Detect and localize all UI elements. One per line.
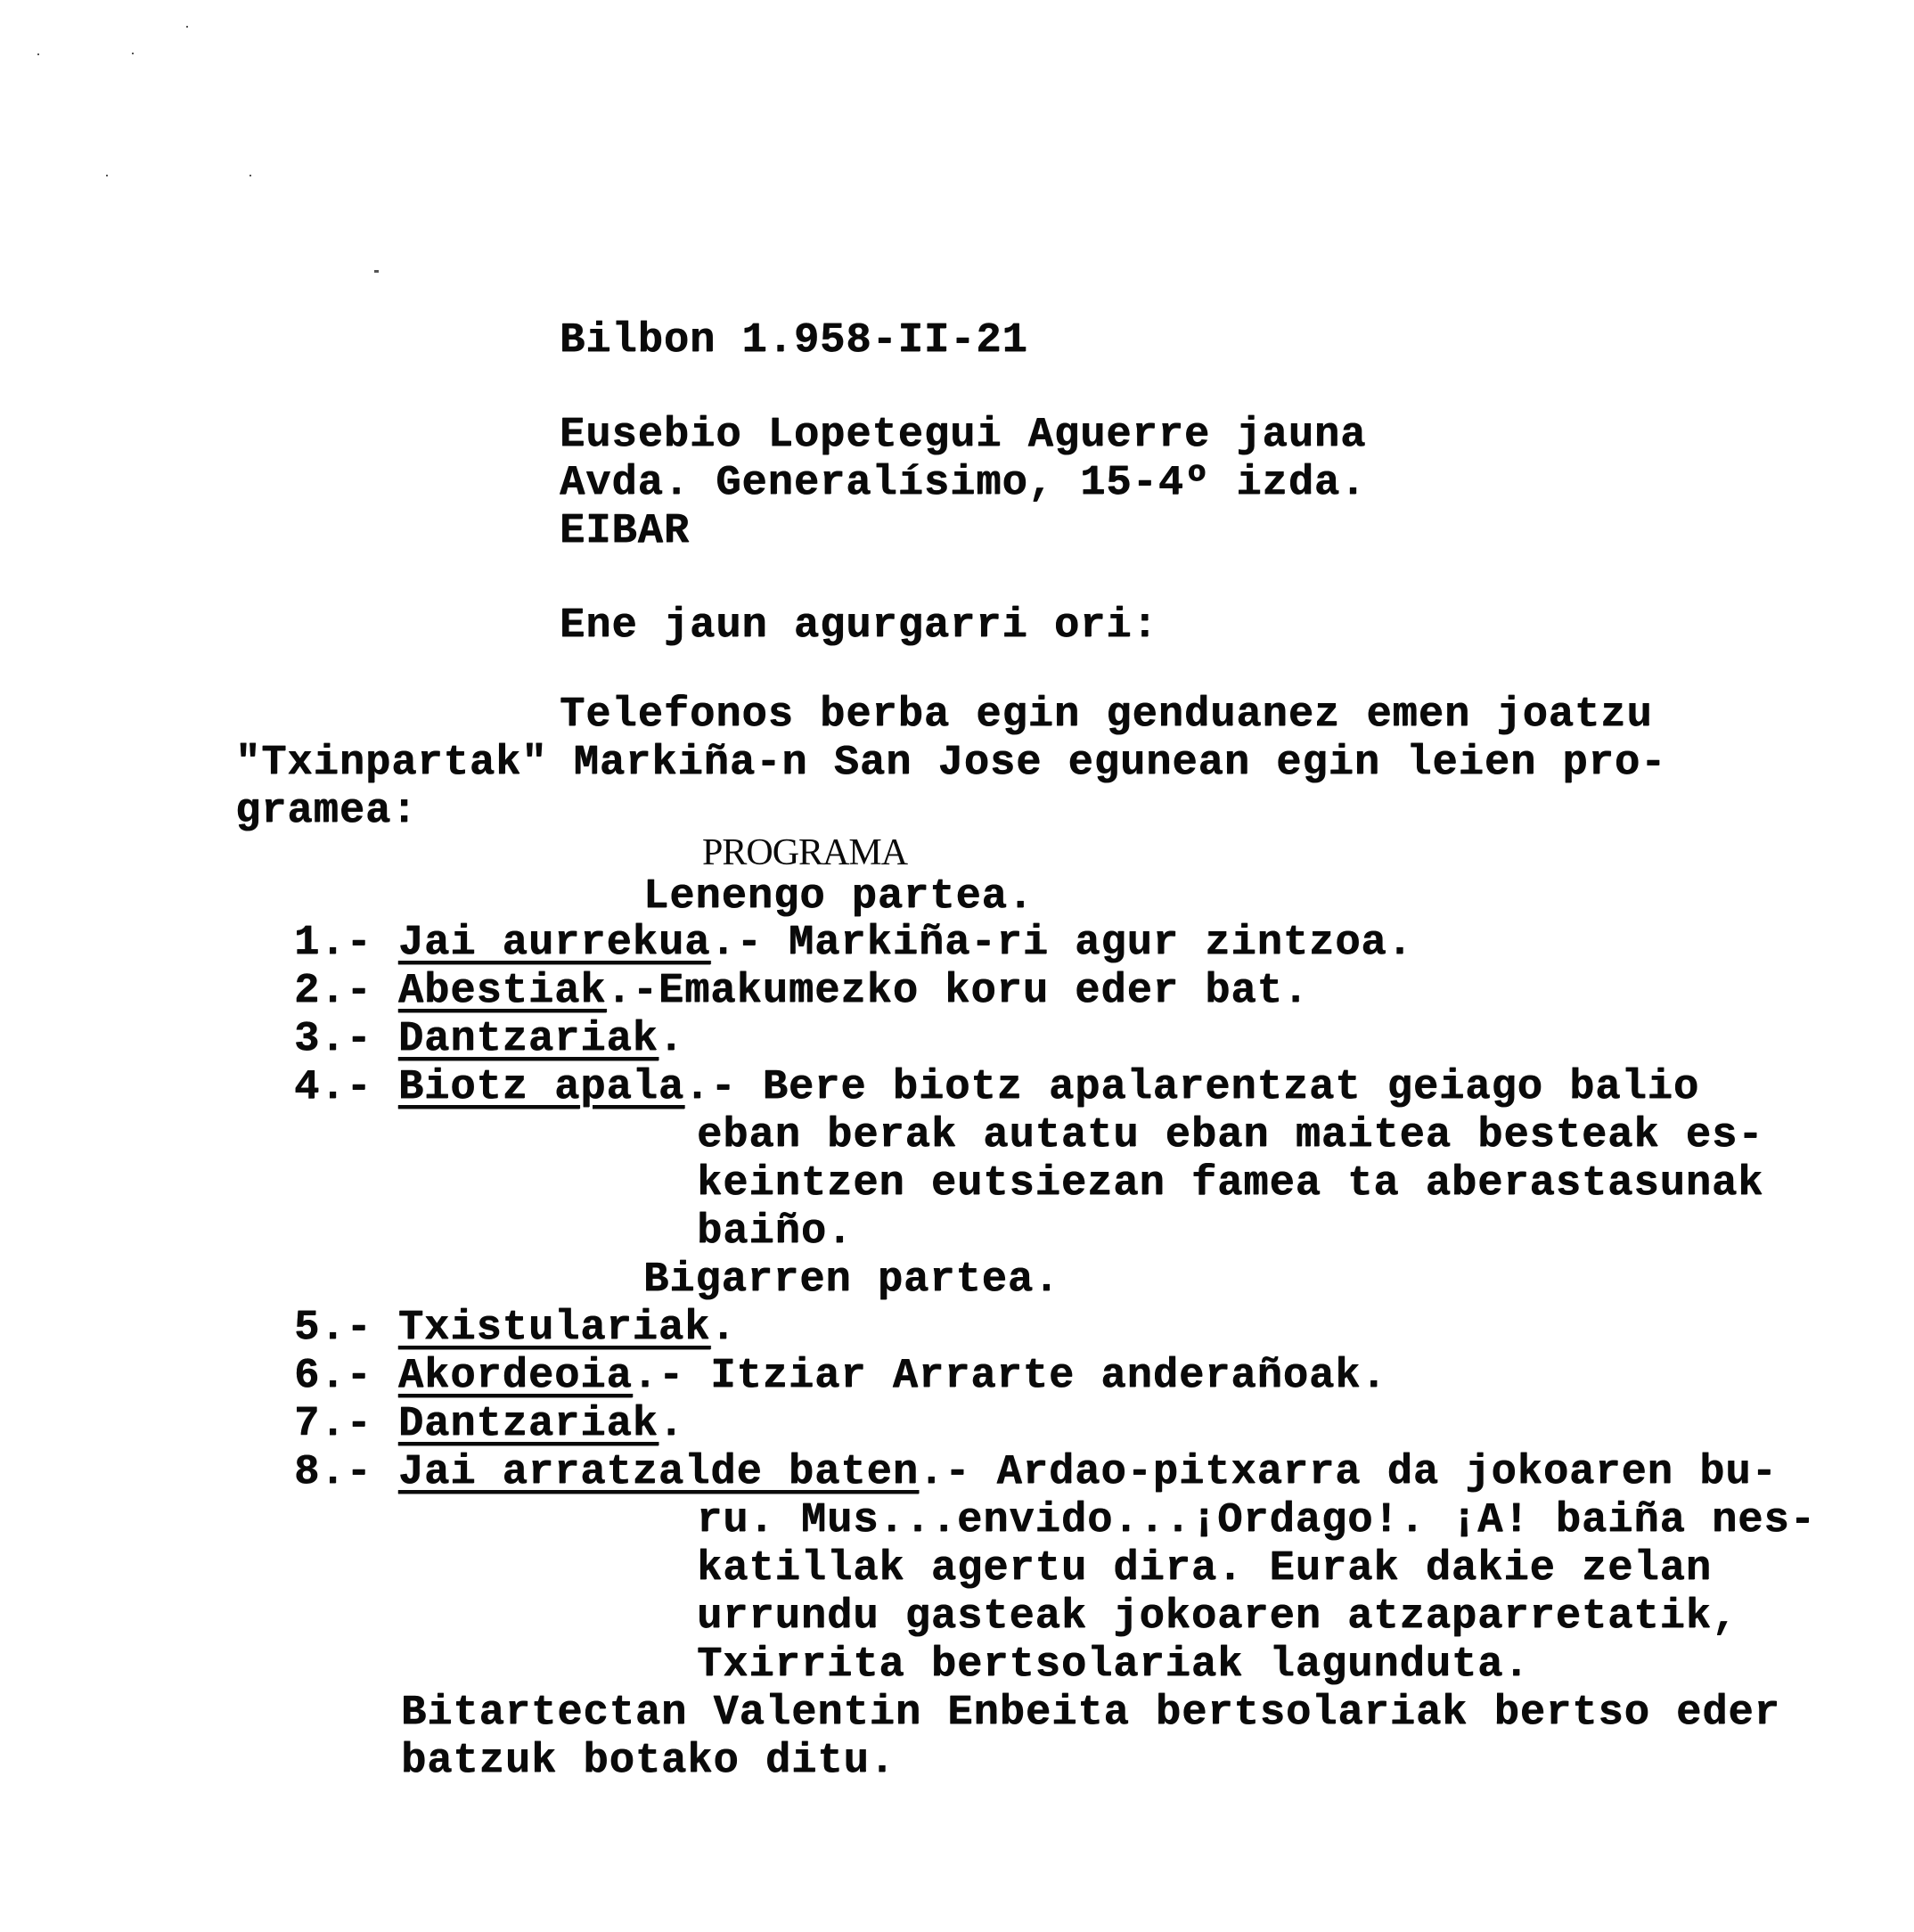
program-item-7: 7.- Dantzariak.	[294, 1401, 684, 1449]
item-title: Jai arratzalde baten	[398, 1449, 919, 1496]
item-number: 1.-	[294, 920, 372, 967]
program-item-5: 5.- Txistulariak.	[294, 1305, 737, 1353]
scan-speck	[374, 270, 379, 273]
program-item-4: 4.- Biotz apala.- Bere biotz apalarentza…	[294, 1064, 1699, 1112]
item-description: .- Markiña-ri agur zintzoa.	[710, 920, 1413, 967]
addressee-name: Eusebio Lopetegui Aguerre jauna	[560, 412, 1366, 460]
scan-speck	[106, 175, 108, 176]
item-title: Jai aurrekua	[398, 920, 710, 967]
item-description: .	[658, 1401, 684, 1448]
item-number: 6.-	[294, 1353, 372, 1400]
item-number: 5.-	[294, 1305, 372, 1352]
item-description: .- Ardao-pitxarra da jokoaren bu-	[919, 1449, 1778, 1496]
intro-line-1: Telefonos berba egin genduanez emen joat…	[560, 692, 1653, 740]
item-description: .-Emakumezko koru eder bat.	[606, 968, 1309, 1015]
item-description: .- Bere biotz apalarentzat geiago balio	[684, 1064, 1699, 1111]
item-4-description-cont: eban berak autatu eban maitea besteak es…	[697, 1112, 1763, 1160]
program-item-1: 1.- Jai aurrekua.- Markiña-ri agur zintz…	[294, 920, 1413, 968]
addressee-street: Avda. Generalísimo, 15-4º izda.	[560, 460, 1366, 508]
item-4-description-cont: baiño.	[697, 1208, 853, 1257]
item-4-description-cont: keintzen eutsiezan famea ta aberastasuna…	[697, 1160, 1763, 1208]
item-number: 4.-	[294, 1064, 372, 1111]
scan-speck	[186, 26, 188, 28]
closing-line-1: Bitartectan Valentin Enbeita bertsolaria…	[401, 1690, 1780, 1738]
item-description: .	[658, 1016, 684, 1063]
item-number: 8.-	[294, 1449, 372, 1496]
part-2-heading: Bigarren partea.	[643, 1257, 1059, 1305]
addressee-city: EIBAR	[560, 508, 690, 556]
item-title: Txistulariak	[398, 1305, 710, 1352]
intro-line-3: gramea:	[235, 788, 417, 836]
item-title: Abestiak	[398, 968, 607, 1015]
scan-speck	[132, 53, 134, 54]
program-item-2: 2.- Abestiak.-Emakumezko koru eder bat.	[294, 968, 1309, 1016]
item-number: 3.-	[294, 1016, 372, 1063]
salutation: Ene jaun agurgarri ori:	[560, 602, 1158, 651]
item-title: Dantzariak	[398, 1016, 658, 1063]
program-title: PROGRAMA	[702, 829, 907, 877]
closing-line-2: batzuk botako ditu.	[401, 1738, 896, 1786]
program-item-8: 8.- Jai arratzalde baten.- Ardao-pitxarr…	[294, 1449, 1778, 1497]
item-title: Dantzariak	[398, 1401, 658, 1448]
program-item-6: 6.- Akordeoia.- Itziar Arrarte anderañoa…	[294, 1353, 1387, 1401]
item-description: .	[710, 1305, 736, 1352]
item-description: .- Itziar Arrarte anderañoak.	[633, 1353, 1387, 1400]
item-8-description-cont: katillak agertu dira. Eurak dakie zelan	[697, 1545, 1712, 1593]
program-item-3: 3.- Dantzariak.	[294, 1016, 684, 1064]
part-1-heading: Lenengo partea.	[643, 873, 1034, 921]
item-8-description-cont: ru. Mus...envido...¡Ordago!. ¡A! baiña n…	[697, 1497, 1816, 1545]
place-date: Bilbon 1.958-II-21	[560, 317, 1028, 365]
item-number: 7.-	[294, 1401, 372, 1448]
item-title: Akordeoia	[398, 1353, 633, 1400]
item-title: Biotz apala	[398, 1064, 684, 1111]
scan-speck	[249, 175, 251, 176]
typed-letter-page: Bilbon 1.958-II-21 Eusebio Lopetegui Agu…	[0, 0, 1914, 1932]
scan-speck	[37, 53, 39, 55]
item-number: 2.-	[294, 968, 372, 1015]
intro-line-2: "Txinpartak" Markiña-n San Jose egunean …	[235, 740, 1666, 788]
item-8-description-cont: urrundu gasteak jokoaren atzaparretatik,	[697, 1593, 1738, 1641]
item-8-description-cont: Txirrita bertsolariak lagunduta.	[697, 1641, 1530, 1690]
